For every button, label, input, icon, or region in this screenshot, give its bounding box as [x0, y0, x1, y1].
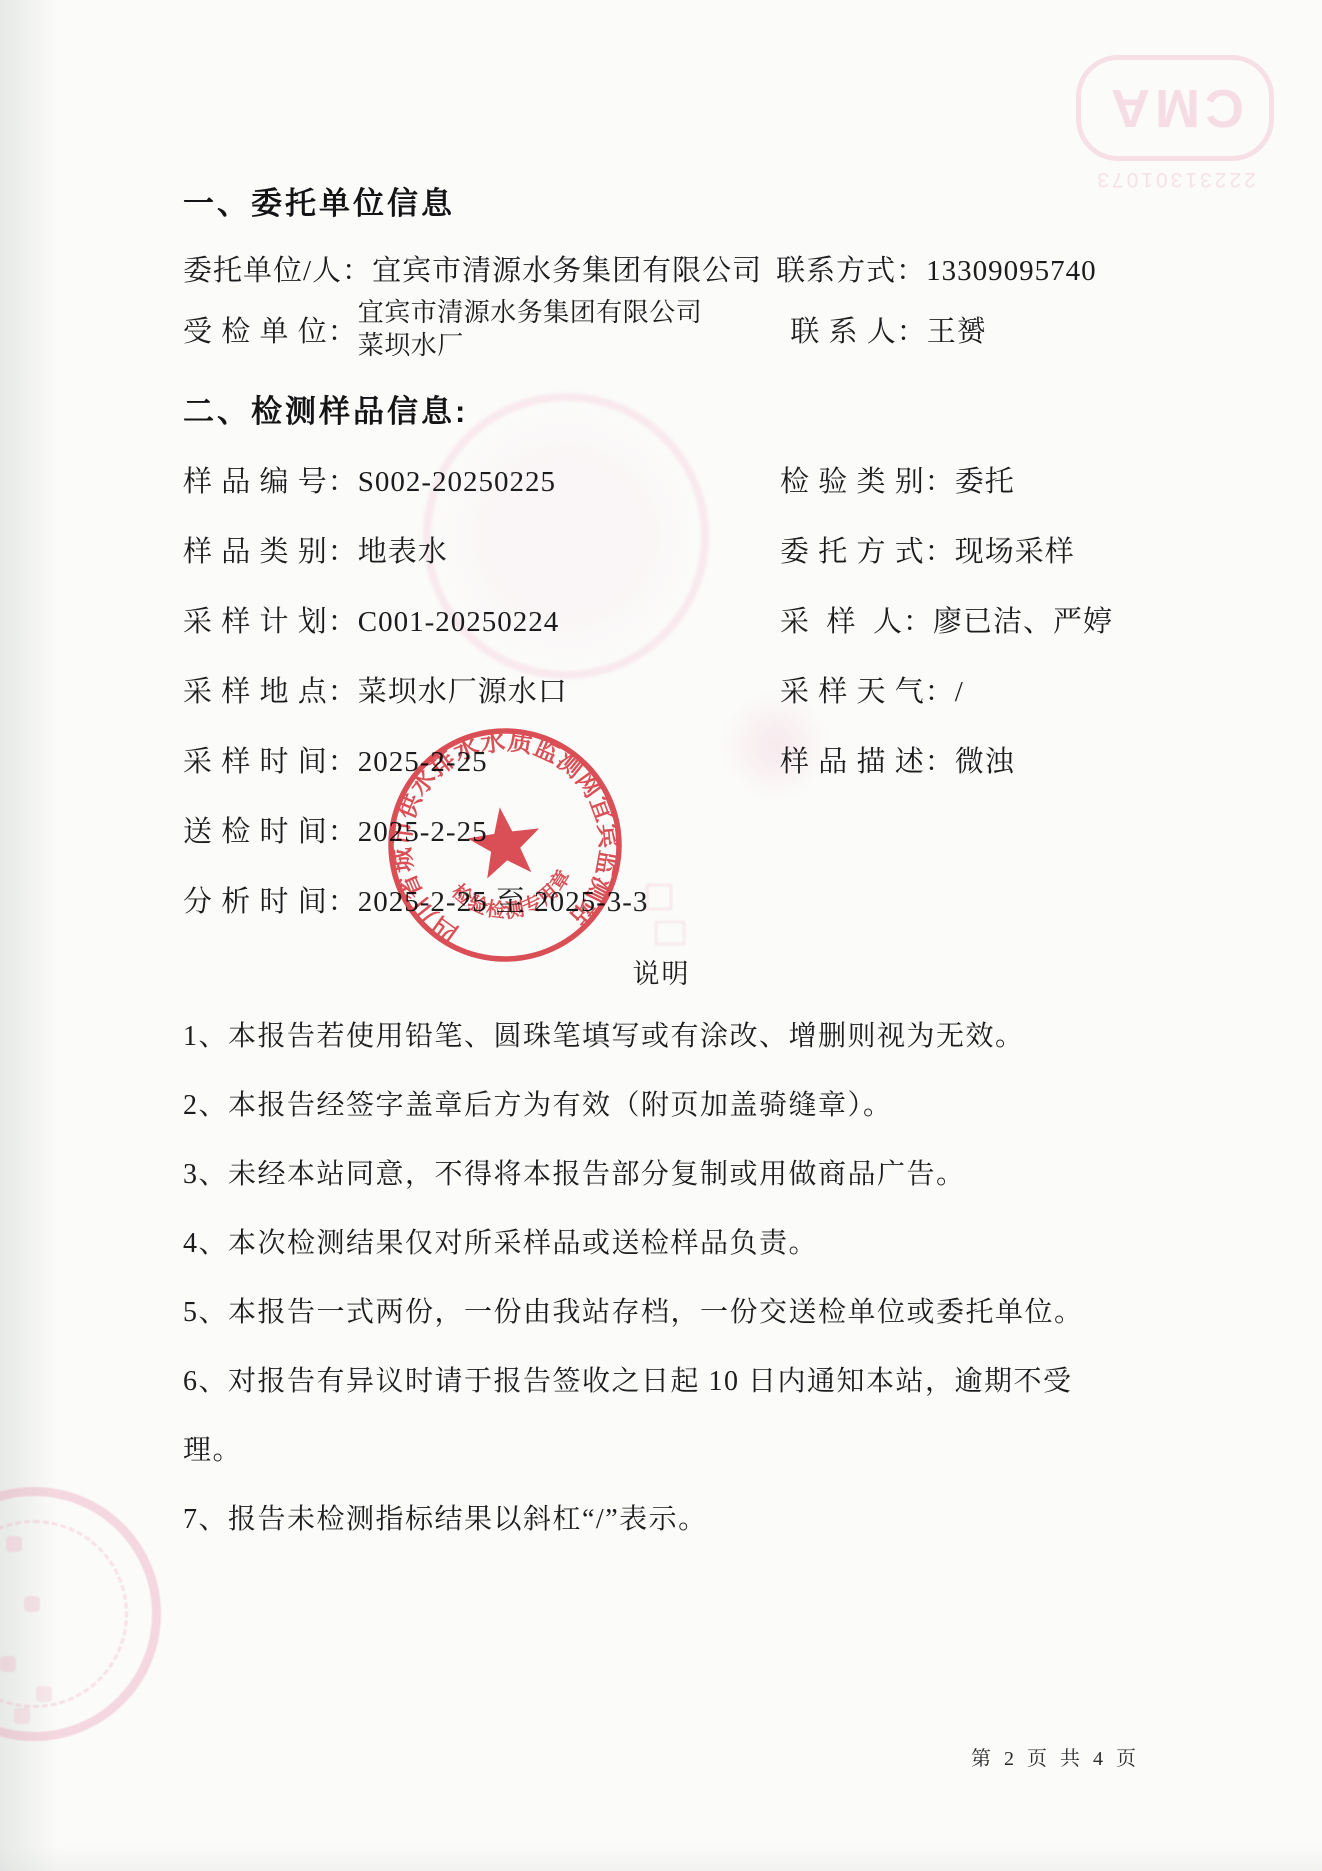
- notes-list: 1、本报告若使用铅笔、圆珠笔填写或有涂改、增删则视为无效。 2、本报告经签字盖章…: [183, 1002, 1123, 1554]
- inspected-unit-label: 受 检 单 位：: [183, 309, 358, 350]
- stamp-star-icon: [464, 802, 545, 880]
- field-value: 委托: [955, 466, 1015, 498]
- field-label: 委 托 方 式：: [780, 536, 955, 568]
- field-label: 采 样 人：: [780, 606, 933, 638]
- client-label: 委托单位/人：: [183, 255, 372, 287]
- contact-method-value: 13309095740: [926, 255, 1097, 287]
- field-label: 采 样 时 间：: [183, 746, 358, 778]
- section-client-heading: 一、委托单位信息: [183, 178, 455, 223]
- note-item: 6、对报告有异议时请于报告签收之日起 10 日内通知本站，逾期不受理。: [183, 1347, 1123, 1485]
- field-label: 样 品 编 号：: [183, 466, 358, 498]
- sample-field-row: 采 样 地 点：菜坝水厂源水口 采 样 天 气：/: [183, 657, 1183, 727]
- contact-person-value: 王赟: [927, 316, 987, 348]
- report-page: 22231301073 CMA 一、委托单位信息 委托单位/人：宜宾市清源水务集…: [0, 0, 1322, 1871]
- field-value: 地表水: [358, 536, 448, 568]
- note-item: 3、未经本站同意，不得将本报告部分复制或用做商品广告。: [183, 1140, 1123, 1209]
- ghost-stamp-bottom-left: [0, 1487, 161, 1741]
- contact-person-label: 联 系 人：: [790, 316, 927, 348]
- stamp-bottom-text: 检验检测专用章: [445, 863, 581, 931]
- client-row: 委托单位/人：宜宾市清源水务集团有限公司联系方式：13309095740: [183, 253, 1097, 289]
- page-number-indicator: 第 2 页 共 4 页: [971, 1742, 1140, 1771]
- notes-heading: 说明: [183, 952, 1140, 991]
- field-value: /: [955, 676, 964, 708]
- stamp-graphic: 四川省城市供水排水水质监测网宜宾监测站 检验检测专用章: [367, 707, 643, 983]
- sample-field-row: 采 样 计 划：C001-20250224 采 样 人：廖已洁、严婷: [183, 587, 1183, 657]
- contact-method-label: 联系方式：: [776, 255, 926, 287]
- sample-field-row: 样 品 编 号：S002-20250225 检 验 类 别：委托: [183, 447, 1183, 517]
- inspected-unit-value: 宜宾市清源水务集团有限公司 菜坝水厂: [358, 296, 703, 362]
- sample-field-row: 分 析 时 间：2025-2-25 至 2025-3-3: [183, 867, 1183, 937]
- field-label: 采 样 地 点：: [183, 676, 358, 708]
- sample-field-row: 样 品 类 别：地表水 委 托 方 式：现场采样: [183, 517, 1183, 587]
- cma-watermark: 22231301073 CMA: [1075, 55, 1275, 191]
- note-item: 2、本报告经签字盖章后方为有效（附页加盖骑缝章）。: [183, 1071, 1123, 1140]
- note-item: 4、本次检测结果仅对所采样品或送检样品负责。: [183, 1209, 1123, 1278]
- sample-field-row: 送 检 时 间：2025-2-25: [183, 797, 1183, 867]
- cma-certificate-number: 22231301073: [1075, 167, 1275, 191]
- field-value: 现场采样: [955, 536, 1075, 568]
- inspected-unit-line2: 菜坝水厂: [358, 329, 703, 362]
- stamp-bottom-text-holder: 检验检测专用章: [445, 863, 581, 931]
- field-label: 分 析 时 间：: [183, 886, 358, 918]
- field-label: 样 品 类 别：: [183, 536, 358, 568]
- section-sample-heading: 二、检测样品信息:: [183, 386, 468, 431]
- field-label: 采 样 天 气：: [780, 676, 955, 708]
- note-item: 1、本报告若使用铅笔、圆珠笔填写或有涂改、增删则视为无效。: [183, 1002, 1123, 1071]
- client-value: 宜宾市清源水务集团有限公司: [372, 255, 762, 287]
- field-label: 检 验 类 别：: [780, 466, 955, 498]
- sample-field-row: 采 样 时 间：2025-2-25 样 品 描 述：微浊: [183, 727, 1183, 797]
- field-value: 廖已洁、严婷: [933, 606, 1113, 638]
- field-label: 采 样 计 划：: [183, 606, 358, 638]
- field-value: 微浊: [955, 746, 1015, 778]
- field-label: 送 检 时 间：: [183, 816, 358, 848]
- cma-logo-text: CMA: [1106, 77, 1244, 139]
- field-value: 菜坝水厂源水口: [358, 676, 568, 708]
- field-value: S002-20250225: [358, 466, 556, 498]
- sample-info-grid: 样 品 编 号：S002-20250225 检 验 类 别：委托 样 品 类 别…: [183, 447, 1183, 937]
- field-value: C001-20250224: [358, 606, 560, 638]
- note-item: 5、本报告一式两份，一份由我站存档，一份交送检单位或委托单位。: [183, 1278, 1123, 1347]
- cma-logo: CMA: [1076, 55, 1274, 161]
- note-item: 7、报告未检测指标结果以斜杠“/”表示。: [183, 1485, 1123, 1554]
- inspected-unit-row: 受 检 单 位： 宜宾市清源水务集团有限公司 菜坝水厂 联 系 人：王赟: [183, 296, 987, 362]
- contact-person: 联 系 人：王赟: [790, 309, 987, 350]
- official-round-stamp: 四川省城市供水排水水质监测网宜宾监测站 检验检测专用章: [367, 707, 643, 983]
- inspected-unit-line1: 宜宾市清源水务集团有限公司: [358, 296, 703, 329]
- field-label: 样 品 描 述：: [780, 746, 955, 778]
